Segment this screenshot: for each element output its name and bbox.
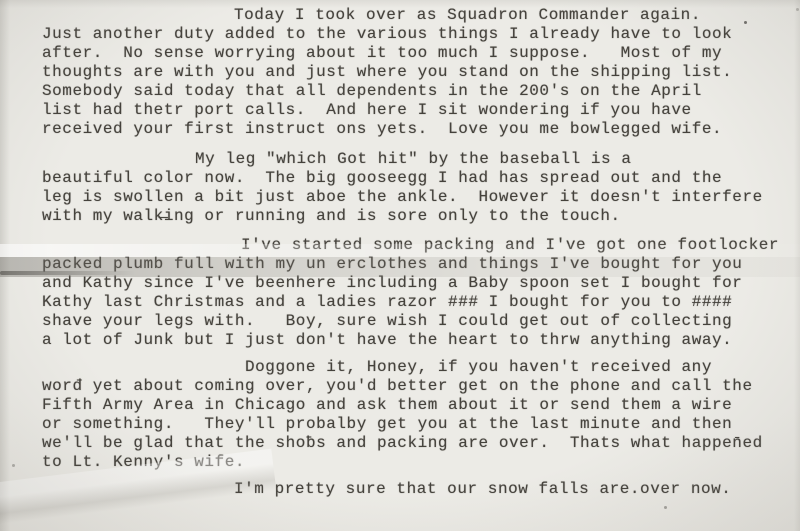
letter-line: with my walk̶ing or running and is sore … xyxy=(42,207,800,226)
letter-line: Somebody said today that all dependents … xyxy=(42,82,800,101)
letter-line: to Lt. Kenny's wife. xyxy=(42,453,800,472)
letter-line: I've started some packing and I've got o… xyxy=(42,236,800,255)
letter-line: beautiful color now. The big gooseegg I … xyxy=(42,169,800,188)
letter-paragraph-2: My leg "which Got hit" by the baseball i… xyxy=(42,150,800,226)
letter-paragraph-3: I've started some packing and I've got o… xyxy=(42,236,800,350)
letter-line: I'm pretty sure that our snow falls are.… xyxy=(42,480,800,499)
letter-line: Doggone it, Honey, if you haven't receiv… xyxy=(42,358,800,377)
letter-line: packed plumb full with my un erclothes a… xyxy=(42,255,800,274)
letter-scan-page: Today I took over as Squadron Commander … xyxy=(0,0,800,531)
letter-line: Just another duty added to the various t… xyxy=(42,25,800,44)
letter-line: and Kathy since I've beenhere including … xyxy=(42,274,800,293)
letter-line: a lot of Junk but I just don't have the … xyxy=(42,331,800,350)
letter-line: we'll be glad that the shoƀs and packing… xyxy=(42,434,800,453)
letter-line: Kathy last Christmas and a ladies razor … xyxy=(42,293,800,312)
letter-line: Today I took over as Squadron Commander … xyxy=(42,6,800,25)
letter-line: list had thetr port calls. And here I si… xyxy=(42,101,800,120)
letter-line: My leg "which Got hit" by the baseball i… xyxy=(42,150,800,169)
letter-line: Fifth Army Area in Chicago and ask them … xyxy=(42,396,800,415)
letter-line: after. No sense worrying about it too mu… xyxy=(42,44,800,63)
letter-line: or something. They'll probalby get you a… xyxy=(42,415,800,434)
letter-line: leg is swollen a bit just aboe the ankle… xyxy=(42,188,800,207)
letter-paragraph-1: Today I took over as Squadron Commander … xyxy=(42,6,800,139)
letter-line: worđ yet about coming over, you'd better… xyxy=(42,377,800,396)
letter-line: received your first instruct ons yets. L… xyxy=(42,120,800,139)
letter-paragraph-5: I'm pretty sure that our snow falls are.… xyxy=(42,480,800,499)
letter-line: shave your legs with. Boy, sure wish I c… xyxy=(42,312,800,331)
letter-line: thoughts are with you and just where you… xyxy=(42,63,800,82)
letter-paragraph-4: Doggone it, Honey, if you haven't receiv… xyxy=(42,358,800,472)
